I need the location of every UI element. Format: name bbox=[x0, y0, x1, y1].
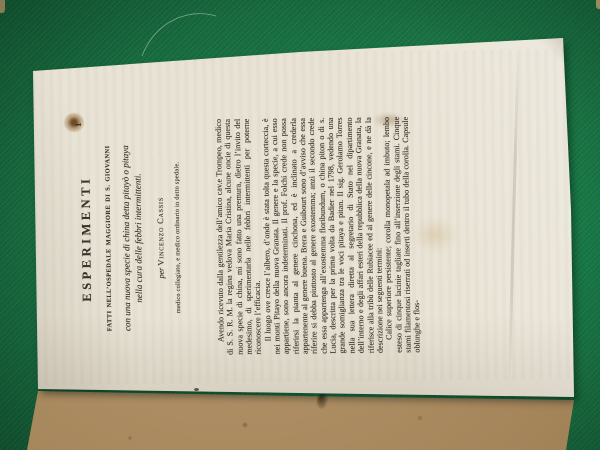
document-page-wrap: 1 ESPERIMENTI FATTI NELL’OSPEDALE MAGGIO… bbox=[0, 0, 600, 450]
text-column: ESPERIMENTI FATTI NELL’OSPEDALE MAGGIORE… bbox=[78, 117, 422, 357]
page-number: 1 bbox=[74, 123, 83, 127]
body-text: Avendo ricevuto dalla gentilezza dell’am… bbox=[214, 117, 422, 355]
author-name: Vincenzo Cassis bbox=[155, 197, 166, 266]
document-page: 1 ESPERIMENTI FATTI NELL’OSPEDALE MAGGIO… bbox=[0, 0, 600, 450]
paragraph-3: Calice superiore persistente; corolla mo… bbox=[382, 117, 422, 353]
paragraph-2: Il luogo ove cresce l’albero, d’onde è s… bbox=[261, 117, 385, 354]
author-line: per Vincenzo Cassis bbox=[154, 120, 167, 356]
edge-speck bbox=[194, 388, 199, 391]
photo-scene: 1 ESPERIMENTI FATTI NELL’OSPEDALE MAGGIO… bbox=[0, 0, 600, 450]
paragraph-1: Avendo ricevuto dalla gentilezza dell’am… bbox=[214, 119, 264, 356]
author-prefix: per bbox=[157, 268, 166, 279]
page-title: ESPERIMENTI bbox=[78, 121, 96, 357]
dedication-lines: con una nuova specie di china detta pita… bbox=[120, 120, 146, 356]
page-subtitle: FATTI NELL’OSPEDALE MAGGIORE DI S. GIOVA… bbox=[104, 120, 114, 356]
author-title-line: medico collegiato, e medico ordinario in… bbox=[173, 119, 183, 355]
printed-sheet: 1 ESPERIMENTI FATTI NELL’OSPEDALE MAGGIO… bbox=[31, 49, 575, 386]
